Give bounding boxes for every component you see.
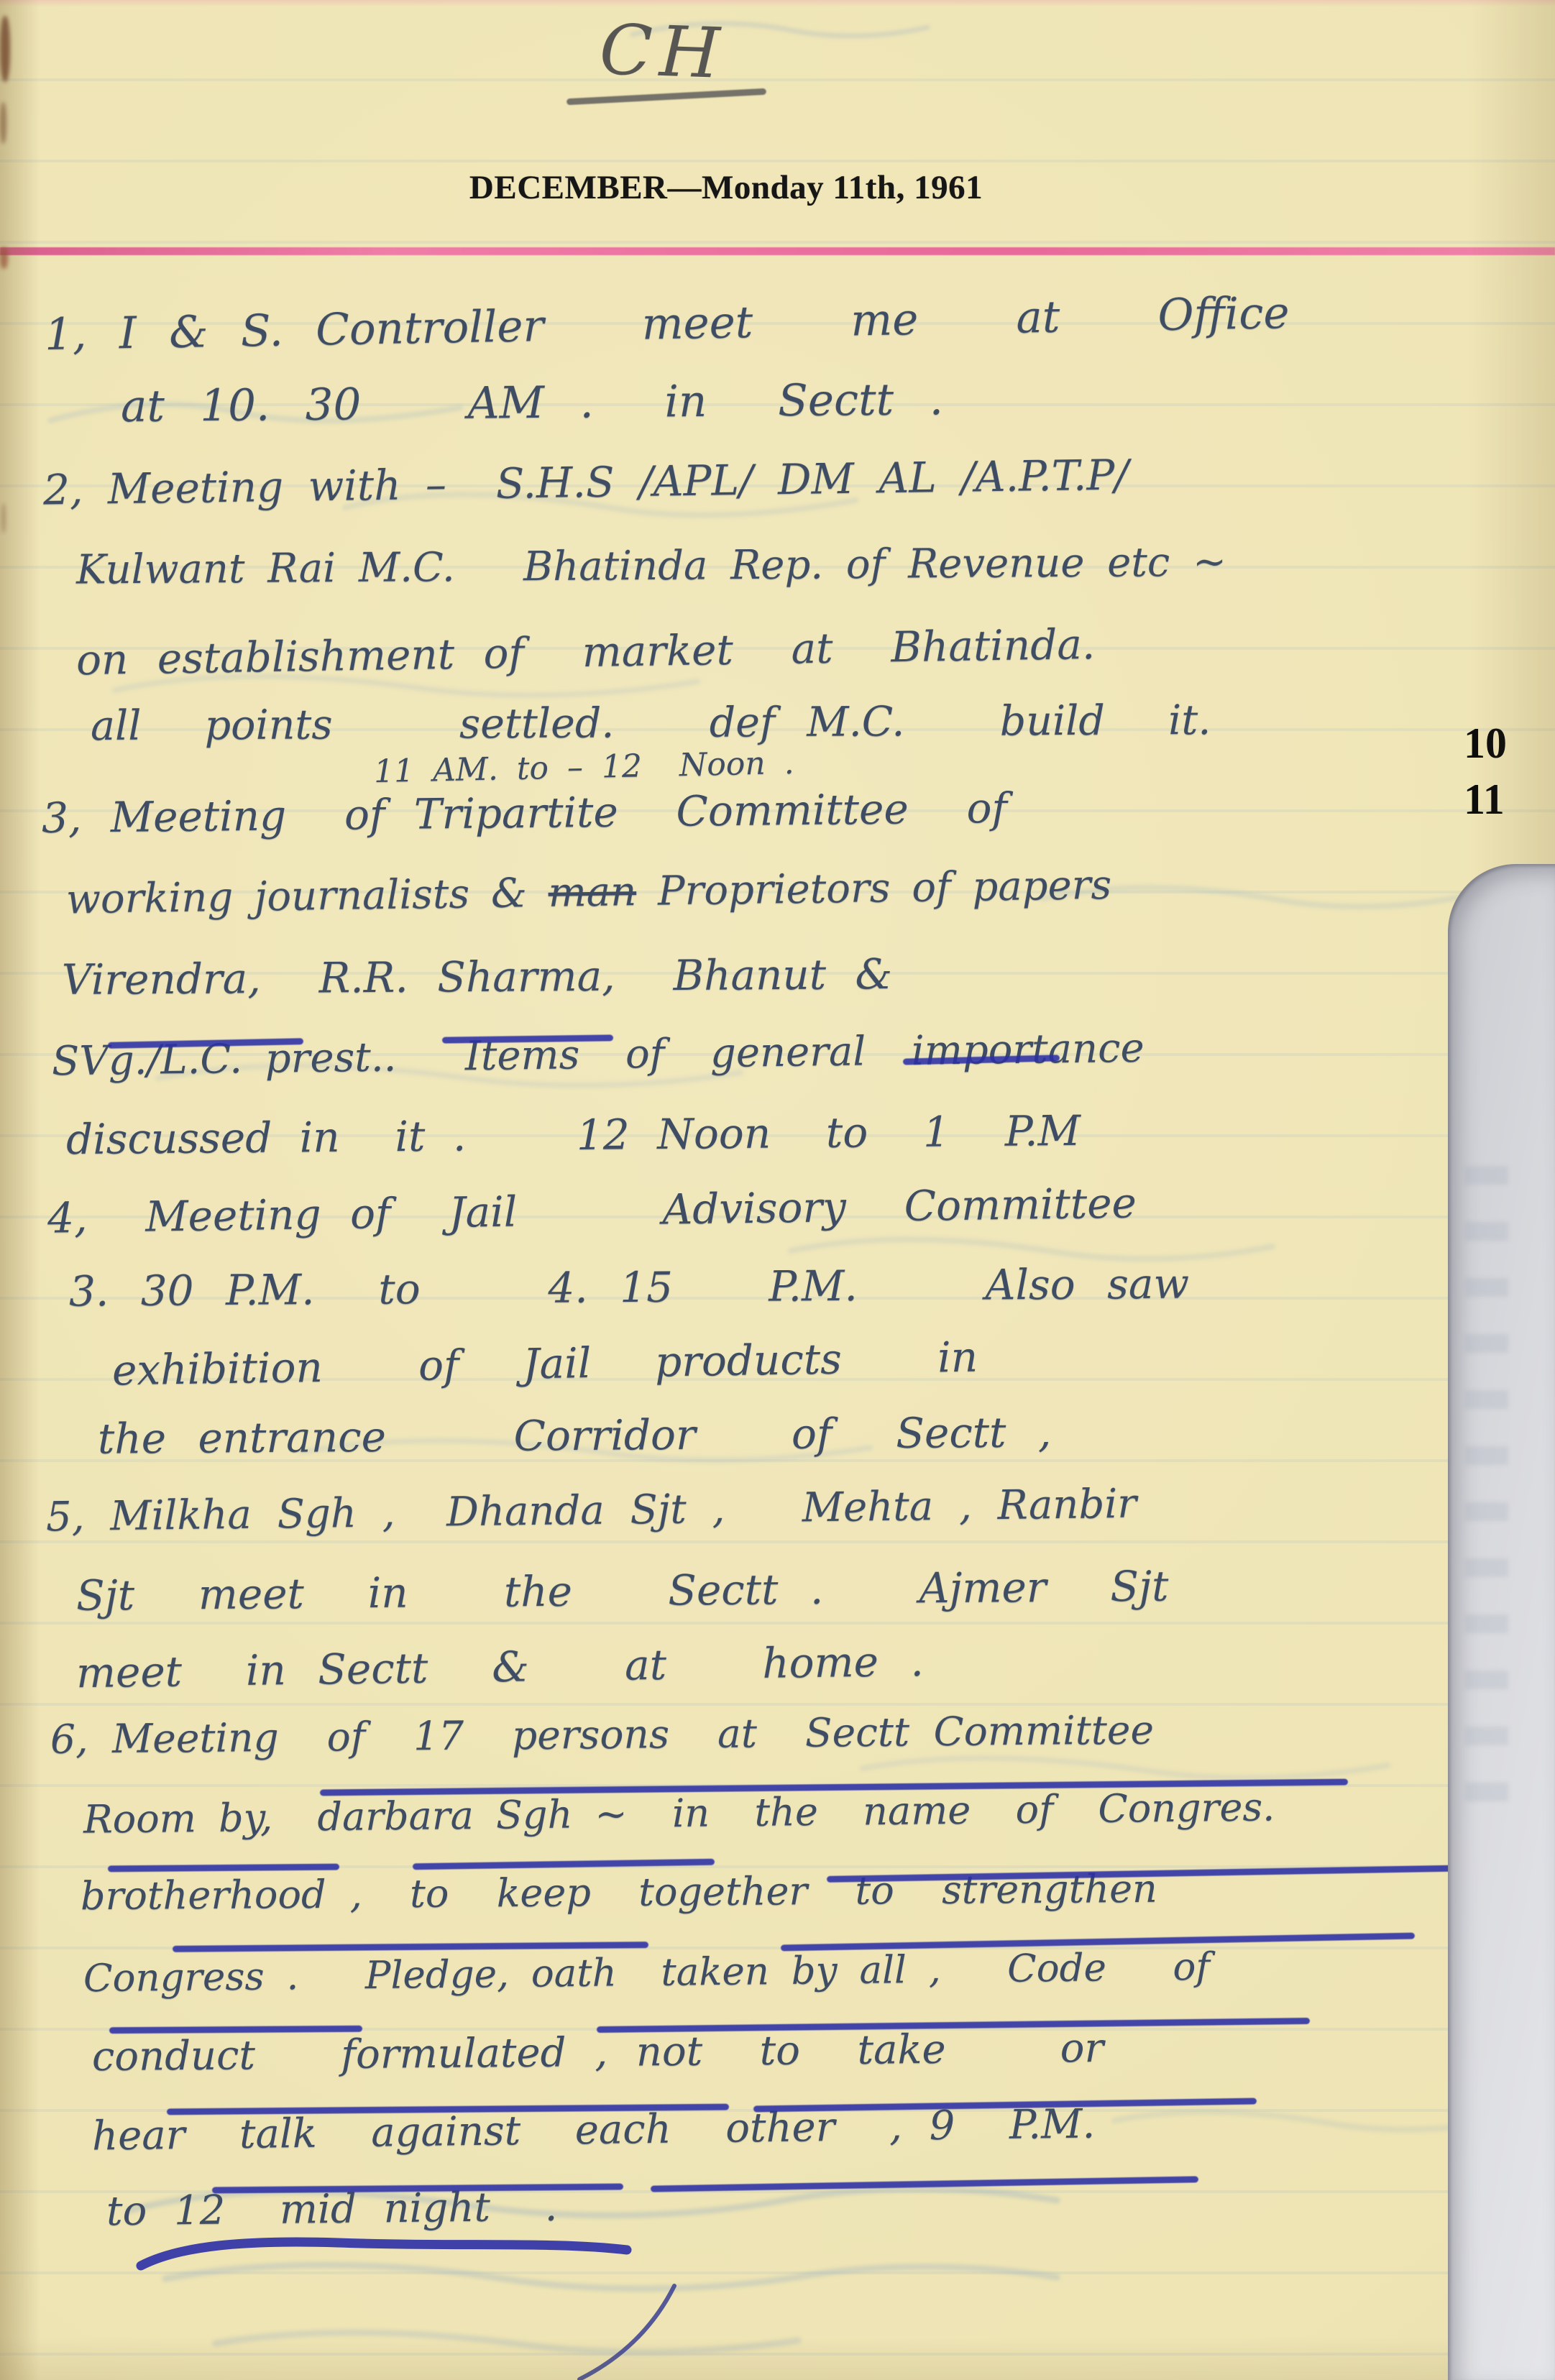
next-page-ghost-text bbox=[1465, 1166, 1508, 1813]
diary-page-scan: CH DECEMBER—Monday 11th, 1961 10 11 1, I… bbox=[0, 0, 1555, 2380]
ink-flourish bbox=[0, 0, 1555, 2380]
next-page-corner bbox=[1448, 864, 1555, 2380]
